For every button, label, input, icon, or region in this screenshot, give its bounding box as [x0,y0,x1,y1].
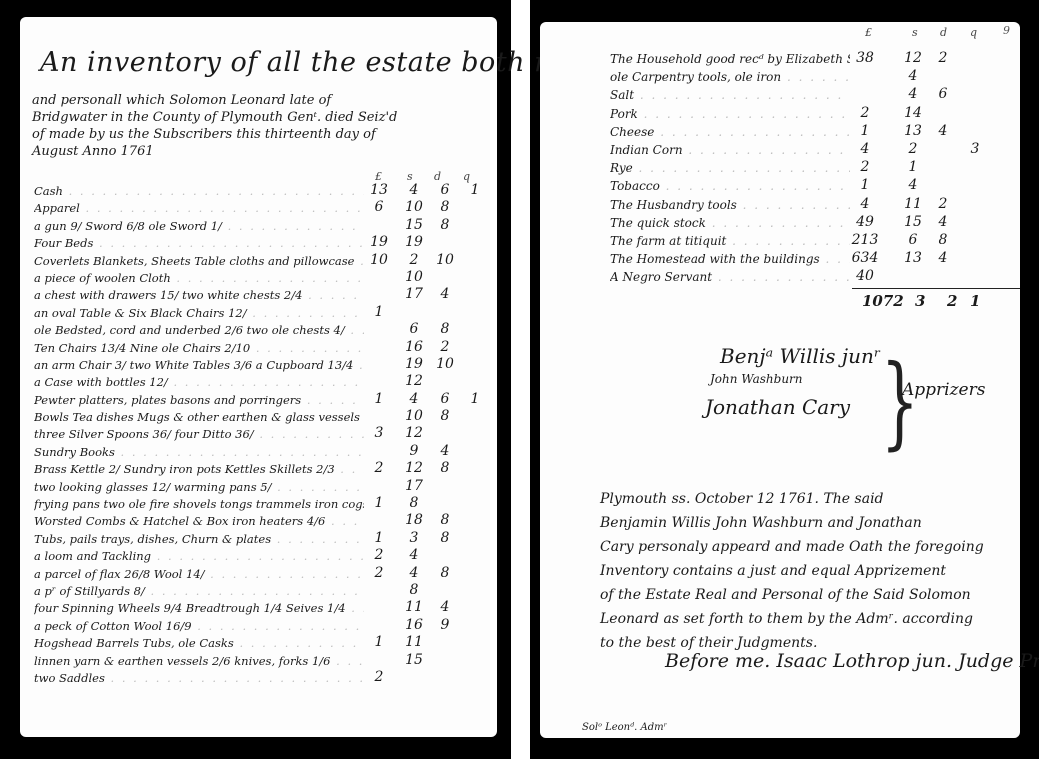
inventory-row: Rye21 [610,161,1020,179]
appraiser-signature: Jonathan Cary [705,395,850,419]
total-pence: 2 [947,292,957,310]
amount-pence: 6 [432,182,458,198]
amount-shillings: 8 [401,495,427,511]
amount-shillings: 4 [898,86,928,102]
item-description: The quick stock [610,216,850,230]
inventory-row: The Homestead with the buildings634134 [610,252,1020,270]
amount-farthings: 3 [960,141,990,157]
amount-shillings: 10 [401,408,427,424]
item-description: a chest with drawers 15/ two white chest… [34,288,364,302]
amount-pounds: 1 [366,495,392,511]
item-description: Cheese [610,125,850,139]
item-description: The farm at titiquit [610,234,850,248]
oath-text: Plymouth ss. October 12 1761. The said B… [600,487,1020,655]
item-description: Tubs, pails trays, dishes, Churn & plate… [34,532,364,546]
item-description: ole Carpentry tools, ole iron [610,70,850,84]
item-description: Indian Corn [610,143,850,157]
total-rule [852,288,1020,289]
amount-shillings: 17 [401,478,427,494]
item-description: ole Bedsted, cord and underbed 2/6 two o… [34,323,364,337]
amount-pounds: 10 [366,252,392,268]
item-description: a peck of Cotton Wool 16/9 [34,619,364,633]
amount-pounds: 3 [366,425,392,441]
item-description: Four Beds [34,236,364,250]
amount-shillings: 10 [401,269,427,285]
amount-shillings: 2 [898,141,928,157]
item-description: Apparel [34,201,364,215]
item-description: a loom and Tackling [34,549,364,563]
amount-pence: 4 [432,443,458,459]
amount-pence: 4 [432,599,458,615]
amount-pounds: 1 [366,530,392,546]
column-header-shillings: s [912,26,918,39]
appraiser-signature: Benjᵃ Willis junʳ [720,344,881,368]
amount-shillings: 4 [401,565,427,581]
amount-pence: 8 [432,199,458,215]
amount-pounds: 2 [366,565,392,581]
amount-shillings: 11 [401,599,427,615]
amount-shillings: 4 [401,391,427,407]
item-description: a pʳ of Stillyards 8/ [34,584,364,598]
amount-pence: 9 [432,617,458,633]
amount-pounds: 2 [850,159,880,175]
column-header-pence: d [940,26,947,39]
item-description: Brass Kettle 2/ Sundry iron pots Kettles… [34,462,364,476]
item-description: Tobacco [610,179,850,193]
inventory-row: The farm at titiquit21368 [610,234,1020,252]
item-description: frying pans two ole fire shovels tongs t… [34,497,364,511]
amount-shillings: 16 [401,617,427,633]
inventory-row: The Husbandry tools4112 [610,198,1020,216]
amount-pounds: 49 [850,214,880,230]
item-description: a Case with bottles 12/ [34,375,364,389]
inventory-row: two Saddles2 [34,671,494,688]
amount-pounds: 1 [366,634,392,650]
inventory-page-2: 9 £ s d q The Household good recᵈ by Eli… [540,22,1020,738]
amount-pounds: 6 [366,199,392,215]
item-description: linnen yarn & earthen vessels 2/6 knives… [34,654,364,668]
amount-pence: 8 [928,232,958,248]
amount-farthings: 1 [462,182,488,198]
amount-shillings: 12 [401,373,427,389]
amount-shillings: 15 [401,217,427,233]
amount-shillings: 8 [401,582,427,598]
amount-pounds: 2 [366,460,392,476]
amount-pence: 8 [432,530,458,546]
amount-pounds: 2 [366,547,392,563]
inventory-row: Indian Corn423 [610,143,1020,161]
amount-pounds: 40 [850,268,880,284]
column-header-pounds: £ [865,26,872,39]
amount-pounds: 634 [850,250,880,266]
oath-line: of the Estate Real and Personal of the S… [600,583,1020,607]
inventory-row: linnen yarn & earthen vessels 2/6 knives… [34,654,494,671]
preamble: and personall which Solomon Leonard late… [32,92,487,160]
amount-pounds: 4 [850,141,880,157]
oath-line: Inventory contains a just and equal Appr… [600,559,1020,583]
item-description: a gun 9/ Sword 6/8 ole Sword 1/ [34,219,364,233]
inventory-list-2: The Household good recᵈ by Elizabeth Sle… [610,52,1020,288]
amount-shillings: 4 [898,177,928,193]
item-description: Hogshead Barrels Tubs, ole Casks [34,636,364,650]
item-description: an oval Table & Six Black Chairs 12/ [34,306,364,320]
oath-line: Benjamin Willis John Washburn and Jonath… [600,511,1020,535]
amount-shillings: 14 [898,105,928,121]
item-description: Pork [610,107,850,121]
amount-shillings: 12 [401,425,427,441]
amount-pounds: 1 [366,304,392,320]
amount-shillings: 12 [898,50,928,66]
item-description: Pewter platters, plates basons and porri… [34,393,364,407]
amount-shillings: 11 [898,196,928,212]
item-description: The Household good recᵈ by Elizabeth Sle… [610,52,850,66]
amount-pence: 8 [432,408,458,424]
amount-shillings: 13 [898,123,928,139]
inventory-row: A Negro Servant40 [610,270,1020,288]
oath-line: Leonard as set forth to them by the Admʳ… [600,607,1020,631]
amount-pence: 8 [432,217,458,233]
amount-pounds: 13 [366,182,392,198]
amount-pence: 4 [928,123,958,139]
total-shillings: 3 [915,292,925,310]
total-farthings: 1 [970,292,980,310]
item-description: four Spinning Wheels 9/4 Breadtrough 1/4… [34,601,364,615]
item-description: The Husbandry tools [610,198,850,212]
amount-pounds: 2 [366,669,392,685]
amount-shillings: 3 [401,530,427,546]
amount-pence: 4 [928,250,958,266]
item-description: two looking glasses 12/ warming pans 5/ [34,480,364,494]
inventory-row: Cheese1134 [610,125,1020,143]
inventory-row: Tobacco14 [610,179,1020,197]
brace-glyph: } [881,352,919,452]
amount-pence: 8 [432,321,458,337]
amount-shillings: 12 [401,460,427,476]
amount-pounds: 1 [366,391,392,407]
amount-pounds: 1 [850,123,880,139]
amount-pounds: 1 [850,177,880,193]
amount-shillings: 4 [401,547,427,563]
amount-pounds: 19 [366,234,392,250]
amount-shillings: 13 [898,250,928,266]
preamble-line: and personall which Solomon Leonard late… [32,92,487,109]
preamble-line: of made by us the Subscribers this thirt… [32,126,487,143]
amount-pence: 10 [432,252,458,268]
total-pounds: 1072 [862,292,904,310]
amount-farthings: 1 [462,391,488,407]
amount-pounds: 2 [850,105,880,121]
inventory-page-1: An inventory of all the estate both real… [20,17,497,737]
item-description: Bowls Tea dishes Mugs & other earthen & … [34,410,364,424]
amount-pence: 4 [432,286,458,302]
column-header-farthings: q [970,26,977,39]
item-description: three Silver Spoons 36/ four Ditto 36/ [34,427,364,441]
amount-pence: 8 [432,512,458,528]
appraiser-signature: John Washburn [710,372,803,386]
amount-shillings: 1 [898,159,928,175]
amount-shillings: 18 [401,512,427,528]
amount-pence: 2 [432,339,458,355]
item-description: Sundry Books [34,445,364,459]
amount-shillings: 4 [898,68,928,84]
inventory-list-1: Cash13461Apparel6108a gun 9/ Sword 6/8 o… [34,184,494,688]
item-description: Ten Chairs 13/4 Nine ole Chairs 2/10 [34,341,364,355]
amount-shillings: 17 [401,286,427,302]
amount-shillings: 19 [401,234,427,250]
preamble-line: August Anno 1761 [32,143,487,160]
item-description: a piece of woolen Cloth [34,271,364,285]
amount-shillings: 6 [401,321,427,337]
item-description: A Negro Servant [610,270,850,284]
amount-shillings: 2 [401,252,427,268]
inventory-row: The Household good recᵈ by Elizabeth Sle… [610,52,1020,70]
judge-signature-line: Before me. Isaac Lothrop jun. Judge Prob… [665,650,1039,672]
inventory-row: a chest with drawers 15/ two white chest… [34,288,494,305]
item-description: Cash [34,184,364,198]
amount-shillings: 6 [898,232,928,248]
item-description: Coverlets Blankets, Sheets Table cloths … [34,254,364,268]
item-description: a parcel of flax 26/8 Wool 14/ [34,567,364,581]
amount-shillings: 15 [898,214,928,230]
item-description: Rye [610,161,850,175]
item-description: two Saddles [34,671,364,685]
item-description: Worsted Combs & Hatchel & Box iron heate… [34,514,364,528]
amount-pence: 2 [928,50,958,66]
appraisers-label: Apprizers [902,380,985,400]
item-description: The Homestead with the buildings [610,252,850,266]
item-description: an arm Chair 3/ two White Tables 3/6 a C… [34,358,364,372]
preamble-line: Bridgwater in the County of Plymouth Gen… [32,109,487,126]
document-title: An inventory of all the estate both real [40,47,490,78]
amount-pence: 6 [928,86,958,102]
docket-note: Solᵒ Leonᵈ. Admʳ [582,722,667,733]
amount-shillings: 16 [401,339,427,355]
amount-shillings: 4 [401,182,427,198]
amount-pence: 8 [432,460,458,476]
amount-pounds: 213 [850,232,880,248]
amount-pence: 6 [432,391,458,407]
amount-shillings: 11 [401,634,427,650]
amount-shillings: 19 [401,356,427,372]
amount-shillings: 9 [401,443,427,459]
item-description: Salt [610,88,850,102]
amount-pence: 4 [928,214,958,230]
amount-pence: 2 [928,196,958,212]
amount-pounds: 38 [850,50,880,66]
inventory-row: Salt46 [610,88,1020,106]
amount-pounds: 4 [850,196,880,212]
amount-shillings: 15 [401,652,427,668]
oath-line: Cary personaly appeard and made Oath the… [600,535,1020,559]
amount-pence: 10 [432,356,458,372]
inventory-row: The quick stock49154 [610,216,1020,234]
oath-line: Plymouth ss. October 12 1761. The said [600,487,1020,511]
inventory-row: Pork214 [610,107,1020,125]
page-number: 9 [1003,24,1010,37]
amount-pence: 8 [432,565,458,581]
inventory-row: ole Carpentry tools, ole iron4 [610,70,1020,88]
amount-shillings: 10 [401,199,427,215]
